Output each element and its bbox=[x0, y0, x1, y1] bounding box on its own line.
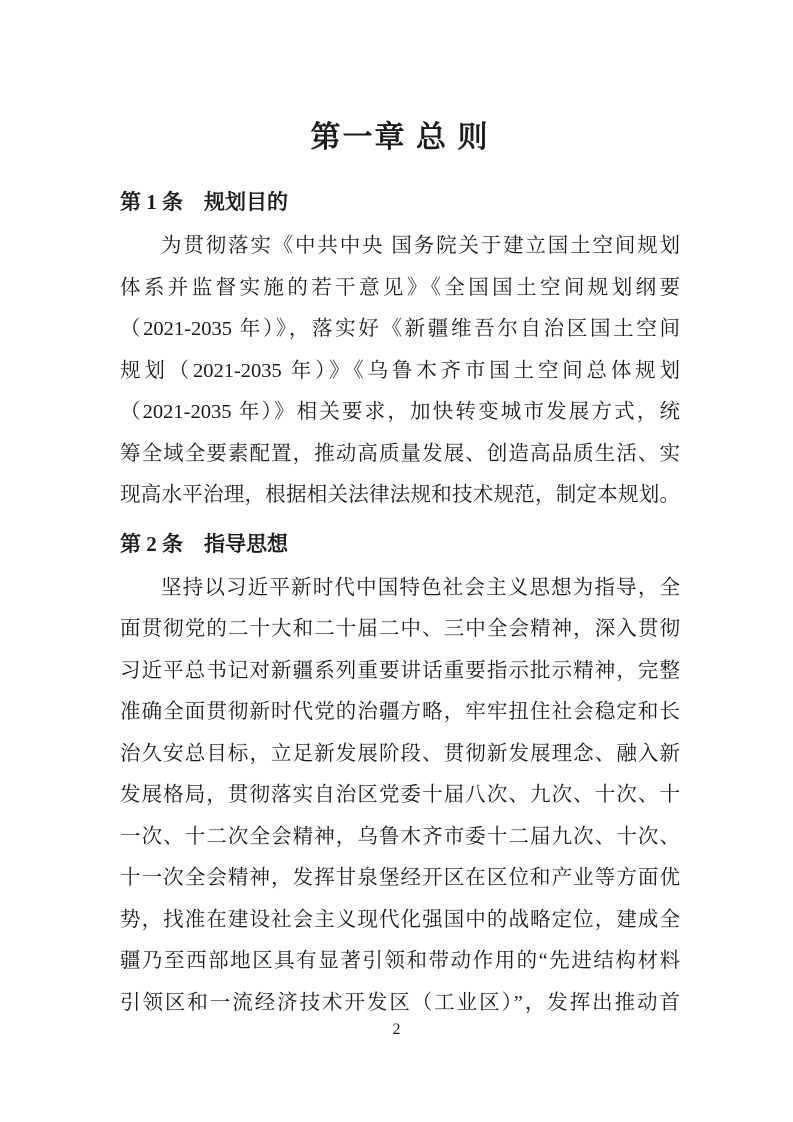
chapter-title: 第一章 总 则 bbox=[120, 116, 680, 159]
text-line: 准确全面贯彻新时代党的治疆方略，牢牢扭住社会稳定和长 bbox=[120, 692, 680, 734]
text-line: 现高水平治理，根据相关法律法规和技术规范，制定本规划。 bbox=[120, 475, 680, 517]
article-2-title: 指导思想 bbox=[204, 532, 288, 556]
article-1-title: 规划目的 bbox=[204, 190, 288, 214]
text-line: 体系并监督实施的若干意见》《全国国土空间规划纲要 bbox=[120, 268, 680, 310]
text-line: 为贯彻落实《中共中央 国务院关于建立国土空间规划 bbox=[120, 226, 680, 268]
text-line: 十一次全会精神，发挥甘泉堡经开区在区位和产业等方面优 bbox=[120, 858, 680, 900]
article-2-number: 第 2 条 bbox=[120, 532, 183, 556]
text-line: 发展格局，贯彻落实自治区党委十届八次、九次、十次、十 bbox=[120, 775, 680, 817]
text-line: 面贯彻党的二十大和二十届二中、三中全会精神，深入贯彻 bbox=[120, 609, 680, 651]
article-2-heading: 第 2 条指导思想 bbox=[120, 525, 680, 563]
text-line: 筹全域全要素配置，推动高质量发展、创造高品质生活、实 bbox=[120, 434, 680, 476]
page-number: 2 bbox=[0, 1020, 793, 1040]
text-line: 规划（2021-2035 年）》《乌鲁木齐市国土空间总体规划 bbox=[120, 351, 680, 393]
text-line: （2021-2035 年）》，落实好《新疆维吾尔自治区国土空间 bbox=[120, 309, 680, 351]
article-2-body: 坚持以习近平新时代中国特色社会主义思想为指导，全 面贯彻党的二十大和二十届二中、… bbox=[120, 568, 680, 1025]
text-line: 治久安总目标，立足新发展阶段、贯彻新发展理念、融入新 bbox=[120, 734, 680, 776]
article-1-heading: 第 1 条规划目的 bbox=[120, 183, 680, 221]
document-page: 第一章 总 则 第 1 条规划目的 为贯彻落实《中共中央 国务院关于建立国土空间… bbox=[0, 0, 793, 1122]
text-line: （2021-2035 年）》相关要求，加快转变城市发展方式，统 bbox=[120, 392, 680, 434]
article-1-number: 第 1 条 bbox=[120, 190, 183, 214]
text-line: 疆乃至西部地区具有显著引领和带动作用的“先进结构材料 bbox=[120, 941, 680, 983]
text-line: 势，找准在建设社会主义现代化强国中的战略定位，建成全 bbox=[120, 900, 680, 942]
article-1-body: 为贯彻落实《中共中央 国务院关于建立国土空间规划 体系并监督实施的若干意见》《全… bbox=[120, 226, 680, 517]
text-line: 一次、十二次全会精神，乌鲁木齐市委十二届九次、十次、 bbox=[120, 817, 680, 859]
text-line: 坚持以习近平新时代中国特色社会主义思想为指导，全 bbox=[120, 568, 680, 610]
text-line: 引领区和一流经济技术开发区（工业区）”，发挥出推动首 bbox=[120, 983, 680, 1025]
text-line: 习近平总书记对新疆系列重要讲话重要指示批示精神，完整 bbox=[120, 651, 680, 693]
